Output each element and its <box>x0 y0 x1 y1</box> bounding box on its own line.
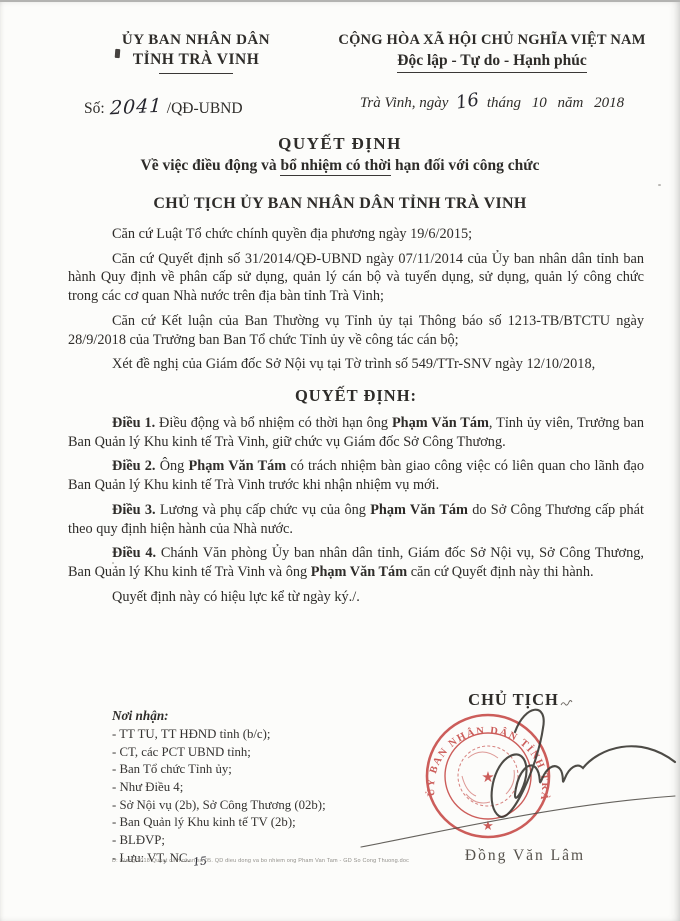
title-block: QUYẾT ĐỊNH Về việc điều động và bổ nhiệm… <box>0 134 680 175</box>
document-number: Số: 2041 /QĐ-UBND <box>60 96 332 118</box>
person-name: Phạm Văn Tám <box>311 564 407 580</box>
preamble-paragraph: Xét đề nghị của Giám đốc Sở Nội vụ tại T… <box>68 355 644 374</box>
scan-speck <box>112 562 114 564</box>
national-motto-block: CỘNG HÒA XÃ HỘI CHỦ NGHĨA VIỆT NAM Độc l… <box>332 32 680 118</box>
person-name: Phạm Văn Tám <box>370 502 468 518</box>
subtitle-post: hạn đối với công chức <box>391 157 539 174</box>
article-3: Điều 3. Lương và phụ cấp chức vụ của ông… <box>68 501 644 538</box>
scanned-decision-document: ỦY BAN NHÂN DÂN TỈNH TRÀ VINH Số: 2041 /… <box>0 0 680 921</box>
article-1-label: Điều 1. <box>112 415 155 431</box>
subtitle-underlined: bổ nhiệm có thời <box>280 157 391 176</box>
doc-number-handwritten: 2041 <box>109 95 162 120</box>
handwritten-signature <box>355 684 680 874</box>
document-subtitle: Về việc điều động và bổ nhiệm có thời hạ… <box>0 157 680 175</box>
article-2-label: Điều 2. <box>112 458 156 474</box>
scan-speck <box>658 184 661 186</box>
issuing-authority-title: CHỦ TỊCH ỦY BAN NHÂN DÂN TỈNH TRÀ VINH <box>0 195 680 213</box>
org-underline <box>159 73 233 74</box>
person-name: Phạm Văn Tám <box>392 415 489 431</box>
issuing-org-block: ỦY BAN NHÂN DÂN TỈNH TRÀ VINH Số: 2041 /… <box>60 32 332 118</box>
signature-underline-stroke <box>361 796 675 847</box>
preamble-paragraph: Căn cứ Kết luận của Ban Thường vụ Tỉnh ủ… <box>68 312 644 349</box>
article-3-text: Lương và phụ cấp chức vụ của ông <box>156 502 371 518</box>
date-rest: tháng 10 năm 2018 <box>487 95 624 111</box>
document-header: ỦY BAN NHÂN DÂN TỈNH TRÀ VINH Số: 2041 /… <box>0 2 680 118</box>
org-name-line2: TỈNH TRÀ VINH <box>60 51 332 69</box>
day-handwritten: 16 <box>455 89 481 113</box>
document-body: Căn cứ Luật Tổ chức chính quyền địa phươ… <box>0 225 680 607</box>
article-2: Điều 2. Ông Phạm Văn Tám có trách nhiệm … <box>68 457 644 494</box>
preamble-paragraph: Căn cứ Luật Tổ chức chính quyền địa phươ… <box>68 225 644 244</box>
place-date-line: Trà Vinh, ngày 16 tháng 10 năm 2018 <box>332 91 652 112</box>
article-2-text: Ông <box>156 458 189 474</box>
org-name-line1: ỦY BAN NHÂN DÂN <box>60 32 332 49</box>
national-title: CỘNG HÒA XÃ HỘI CHỦ NGHĨA VIỆT NAM <box>332 32 652 49</box>
place-date-prefix: Trà Vinh, ngày <box>360 95 448 111</box>
document-footer: Nơi nhận: - TT TU, TT HĐND tỉnh (b/c); -… <box>0 684 680 921</box>
article-4: Điều 4. Chánh Văn phòng Ủy ban nhân dân … <box>68 544 644 581</box>
article-1-text: Điều động và bổ nhiệm có thời hạn ông <box>155 415 392 431</box>
doc-number-suffix: /QĐ-UBND <box>167 100 243 117</box>
doc-number-label: Số: <box>84 100 105 117</box>
signature-main-stroke <box>492 710 675 817</box>
scan-artifact-mark <box>115 49 121 58</box>
person-name: Phạm Văn Tám <box>189 458 287 474</box>
article-3-label: Điều 3. <box>112 502 156 518</box>
subtitle-pre: Về việc điều động và <box>141 157 281 174</box>
article-4-text: căn cứ Quyết định này thi hành. <box>407 564 593 580</box>
closing-clause: Quyết định này có hiệu lực kể từ ngày ký… <box>68 588 644 607</box>
decision-heading: QUYẾT ĐỊNH: <box>68 386 644 406</box>
article-4-label: Điều 4. <box>112 545 156 561</box>
article-1: Điều 1. Điều động và bổ nhiệm có thời hạ… <box>68 414 644 451</box>
preamble-paragraph: Căn cứ Quyết định số 31/2014/QĐ-UBND ngà… <box>68 250 644 306</box>
national-motto: Độc lập - Tự do - Hạnh phúc <box>397 52 586 73</box>
document-title: QUYẾT ĐỊNH <box>0 134 680 154</box>
